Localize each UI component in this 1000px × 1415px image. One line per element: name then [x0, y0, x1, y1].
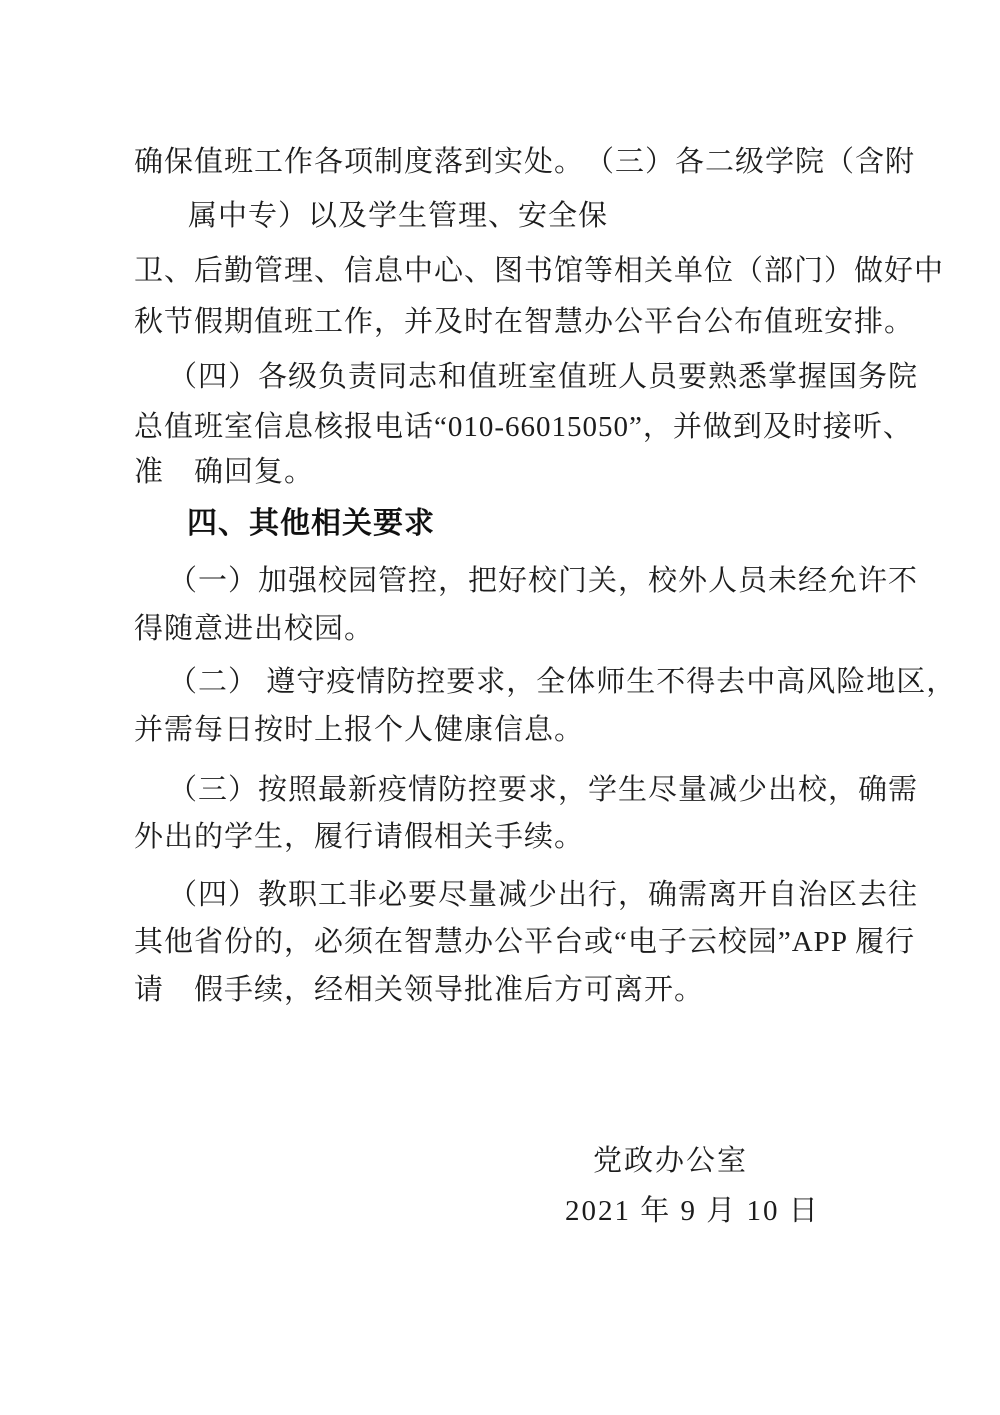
body-line: （三）按照最新疫情防控要求，学生尽量减少出校，确需 [134, 771, 918, 809]
document-date: 2021 年 9 月 10 日 [565, 1188, 820, 1229]
body-line: 确保值班工作各项制度落到实处。 （三）各二级学院（含附 [134, 143, 915, 181]
body-line: 其他省份的，必须在智慧办公平台或“电子云校园”APP 履行 [134, 923, 915, 961]
body-line: 并需每日按时上报个人健康信息。 [134, 711, 584, 749]
body-line: 请 假手续，经相关领导批准后方可离开。 [134, 971, 704, 1009]
section-heading: 四、其他相关要求 [134, 505, 435, 543]
body-line: 外出的学生，履行请假相关手续。 [134, 818, 584, 856]
body-line: 得随意进出校园。 [134, 610, 374, 648]
body-line: （一）加强校园管控，把好校门关，校外人员未经允许不 [134, 562, 918, 600]
document-page: 确保值班工作各项制度落到实处。 （三）各二级学院（含附 属中专）以及学生管理、安… [0, 0, 1000, 1415]
body-line: 属中专）以及学生管理、安全保 [134, 197, 608, 235]
body-line: （二） 遵守疫情防控要求，全体师生不得去中高风险地区， [134, 663, 956, 701]
body-line: 卫、后勤管理、信息中心、图书馆等相关单位（部门）做好中 [134, 252, 944, 290]
body-line: （四）教职工非必要尽量减少出行，确需离开自治区去往 [134, 876, 918, 914]
signer-name: 党政办公室 [593, 1138, 748, 1179]
body-line: （四）各级负责同志和值班室值班人员要熟悉掌握国务院 [134, 358, 918, 396]
body-line: 准 确回复。 [134, 453, 314, 491]
body-line: 秋节假期值班工作，并及时在智慧办公平台公布值班安排。 [134, 303, 914, 341]
body-line: 总值班室信息核报电话“010-66015050”，并做到及时接听、 [134, 408, 913, 446]
